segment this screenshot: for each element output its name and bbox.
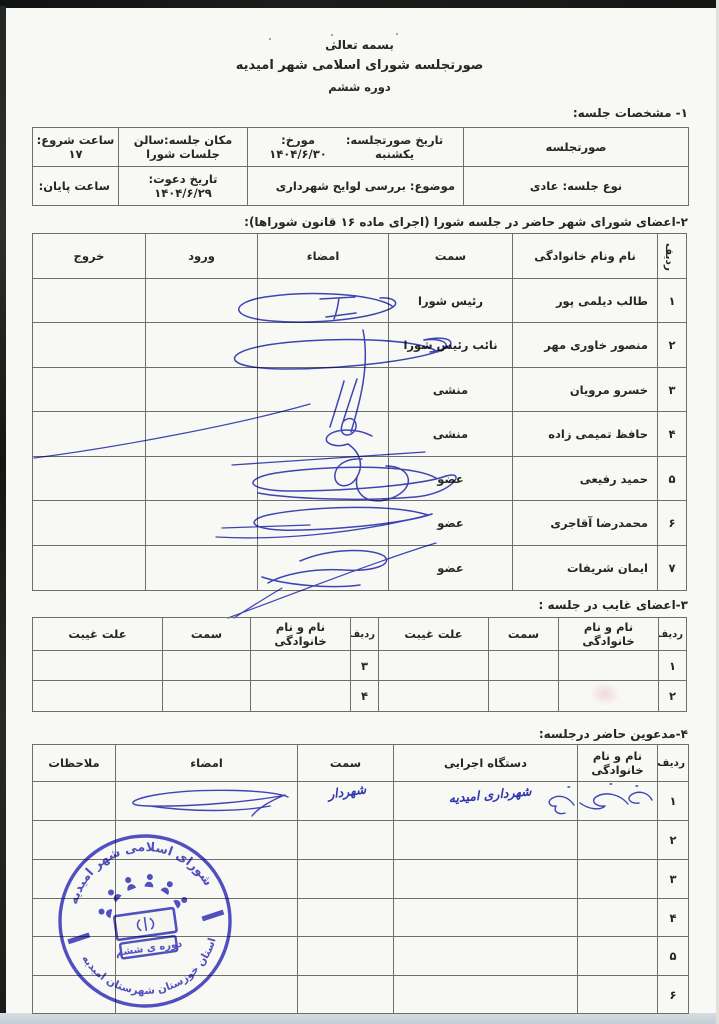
absent-name-cell <box>559 681 659 712</box>
scanned-document-sheet: بسمه تعالی صورتجلسه شورای اسلامی شهر امی… <box>0 0 719 1024</box>
member-name: منصور خاوری مهر <box>513 323 658 368</box>
row-number: ۱ <box>659 651 687 681</box>
member-name: خسرو مرویان <box>513 368 658 412</box>
invitee-name-cell <box>578 860 658 899</box>
absent-position-cell <box>489 681 559 712</box>
bismillah-line: بسمه تعالی <box>0 38 719 52</box>
invitee-agency-cell <box>394 821 578 860</box>
member-name: حافظ تمیمی زاده <box>513 412 658 457</box>
table-row: نوع جلسه: عادی موضوع: بررسی لوایح شهردار… <box>33 167 689 206</box>
header-row-number: ردیف <box>351 618 379 651</box>
invitee-position-cell <box>298 899 394 937</box>
handwritten-name-scribble <box>549 792 652 813</box>
absent-name-cell <box>559 651 659 681</box>
meeting-info-table: صورتجلسه تاریخ صورتجلسه: یکشنبه مورخ: ۱۴… <box>32 127 689 206</box>
row-number: ۴ <box>351 681 379 712</box>
invite-date-cell: تاریخ دعوت: ۱۴۰۴/۶/۲۹ <box>119 167 248 206</box>
member-name: ایمان شریفات <box>513 546 658 591</box>
end-time-cell: ساعت پایان: <box>33 167 119 206</box>
table-row: صورتجلسه تاریخ صورتجلسه: یکشنبه مورخ: ۱۴… <box>33 128 689 167</box>
section-title-invitees: ۴-مدعوین حاضر درجلسه: <box>539 727 688 741</box>
row-number: ۳ <box>658 860 689 899</box>
handwritten-name-dots <box>568 784 638 787</box>
section-title-members: ۲-اعضای شورای شهر حاضر در جلسه شورا (اجر… <box>244 215 688 229</box>
section-title-absent: ۳-اعضای غایب در جلسه : <box>539 598 688 612</box>
member-name: محمدرضا آقاجری <box>513 501 658 546</box>
stamp-arc-top-text: شورای اسلامی شهر امیدیه <box>58 829 217 908</box>
scan-speck <box>331 34 333 36</box>
invitee-position-cell <box>298 821 394 860</box>
minutes-label-cell: صورتجلسه <box>464 128 689 167</box>
signature-scribble-row3 <box>330 381 344 427</box>
absent-reason-cell <box>379 681 489 712</box>
signature-flourish <box>232 452 425 465</box>
header-position: سمت <box>163 618 251 651</box>
row-number: ۲ <box>659 681 687 712</box>
signature-scribble-row6 <box>254 507 432 530</box>
row-number: ۴ <box>658 412 687 457</box>
member-name: حمید رفیعی <box>513 457 658 501</box>
absent-position-cell <box>163 681 251 712</box>
absent-reason-cell <box>33 651 163 681</box>
signature-scribble-row4 <box>335 444 362 486</box>
signature-tail <box>234 588 282 618</box>
signature-scribble-row1 <box>239 294 396 322</box>
row-number: ۳ <box>658 368 687 412</box>
header-name: نام و نام خانوادگی <box>251 618 351 651</box>
row-number: ۶ <box>658 501 687 546</box>
row-number: ۳ <box>351 651 379 681</box>
document-title: صورتجلسه شورای اسلامی شهر امیدیه <box>0 58 719 73</box>
member-signatures-ink <box>20 255 480 655</box>
signature-flourish <box>222 525 310 528</box>
header-row-number: ردیف <box>659 618 687 651</box>
absent-header-row: ردیف نام و نام خانوادگی سمت علت غیبت ردی… <box>33 618 687 651</box>
subject-cell: موضوع: بررسی لوایح شهرداری <box>248 167 464 206</box>
council-stamp: شورای اسلامی شهر امیدیه استان خوزستان شه… <box>52 828 238 1014</box>
row-number: ۶ <box>658 976 689 1014</box>
absent-name-cell <box>251 681 351 712</box>
invitee-agency-cell <box>394 860 578 899</box>
minutes-date-cell: تاریخ صورتجلسه: یکشنبه مورخ: ۱۴۰۴/۶/۳۰ <box>248 128 464 167</box>
invitee-name-cell <box>578 937 658 976</box>
invitee-agency-cell <box>394 976 578 1014</box>
header-name: نام ونام خانوادگی <box>513 234 658 279</box>
invitee-handwriting-ink <box>100 770 670 825</box>
row-number: ۵ <box>658 457 687 501</box>
scan-edge-bottom <box>0 1013 719 1024</box>
meeting-type-cell: نوع جلسه: عادی <box>464 167 689 206</box>
signature-scribble-row7 <box>268 551 387 583</box>
row-number: ۲ <box>658 821 689 860</box>
minutes-day: تاریخ صورتجلسه: یکشنبه <box>337 133 452 161</box>
signature-flourish-long <box>228 543 436 618</box>
row-number: ۲ <box>658 323 687 368</box>
invitee-name-cell <box>578 821 658 860</box>
invitee-signature-scribble <box>133 790 288 816</box>
absent-position-cell <box>489 651 559 681</box>
signature-scribble-row2 <box>235 340 447 369</box>
signature-scribble-row3 <box>341 379 357 435</box>
invitee-position-cell <box>298 860 394 899</box>
signature-scribble-row5 <box>253 467 446 491</box>
invitee-position-cell <box>298 976 394 1014</box>
invitee-name-cell <box>578 899 658 937</box>
invitee-agency-cell <box>394 937 578 976</box>
signature-flourish <box>216 514 432 538</box>
signature-scribble-row4 <box>356 466 408 501</box>
row-number: ۴ <box>658 899 689 937</box>
absent-reason-cell <box>379 651 489 681</box>
signature-stem <box>351 330 365 432</box>
row-number: ۱ <box>658 279 687 323</box>
header-reason: علت غیبت <box>379 618 489 651</box>
header-position: سمت <box>489 618 559 651</box>
council-term: دوره ششم <box>0 80 719 94</box>
signature-flourish-long <box>34 404 310 458</box>
signature-scribble-row1 <box>320 297 356 319</box>
row-number: ۵ <box>658 937 689 976</box>
absent-name-cell <box>251 651 351 681</box>
absent-table: ردیف نام و نام خانوادگی سمت علت غیبت ردی… <box>32 617 687 712</box>
scan-speck <box>396 33 398 35</box>
document-header: بسمه تعالی صورتجلسه شورای اسلامی شهر امی… <box>0 38 719 94</box>
absent-position-cell <box>163 651 251 681</box>
header-name: نام و نام خانوادگی <box>559 618 659 651</box>
header-row-number: ردیف <box>658 234 687 279</box>
minutes-date: مورخ: ۱۴۰۴/۶/۳۰ <box>259 133 337 161</box>
absent-reason-cell <box>33 681 163 712</box>
start-time-cell: ساعت شروع: ۱۷ <box>33 128 119 167</box>
member-name: طالب دیلمی پور <box>513 279 658 323</box>
header-reason: علت غیبت <box>33 618 163 651</box>
absent-row: ۱ ۳ <box>33 651 687 681</box>
signature-scribble-row4 <box>326 430 372 446</box>
scan-edge-left <box>0 6 6 1018</box>
meeting-location-cell: مکان جلسه:سالن جلسات شورا <box>119 128 248 167</box>
absent-row: ۲ ۴ <box>33 681 687 712</box>
scan-edge-top <box>0 0 719 8</box>
section-title-meeting-info: ۱- مشخصات جلسه: <box>573 106 688 120</box>
invitee-position-cell <box>298 937 394 976</box>
row-number: ۷ <box>658 546 687 591</box>
invitee-agency-cell <box>394 899 578 937</box>
invitee-name-cell <box>578 976 658 1014</box>
